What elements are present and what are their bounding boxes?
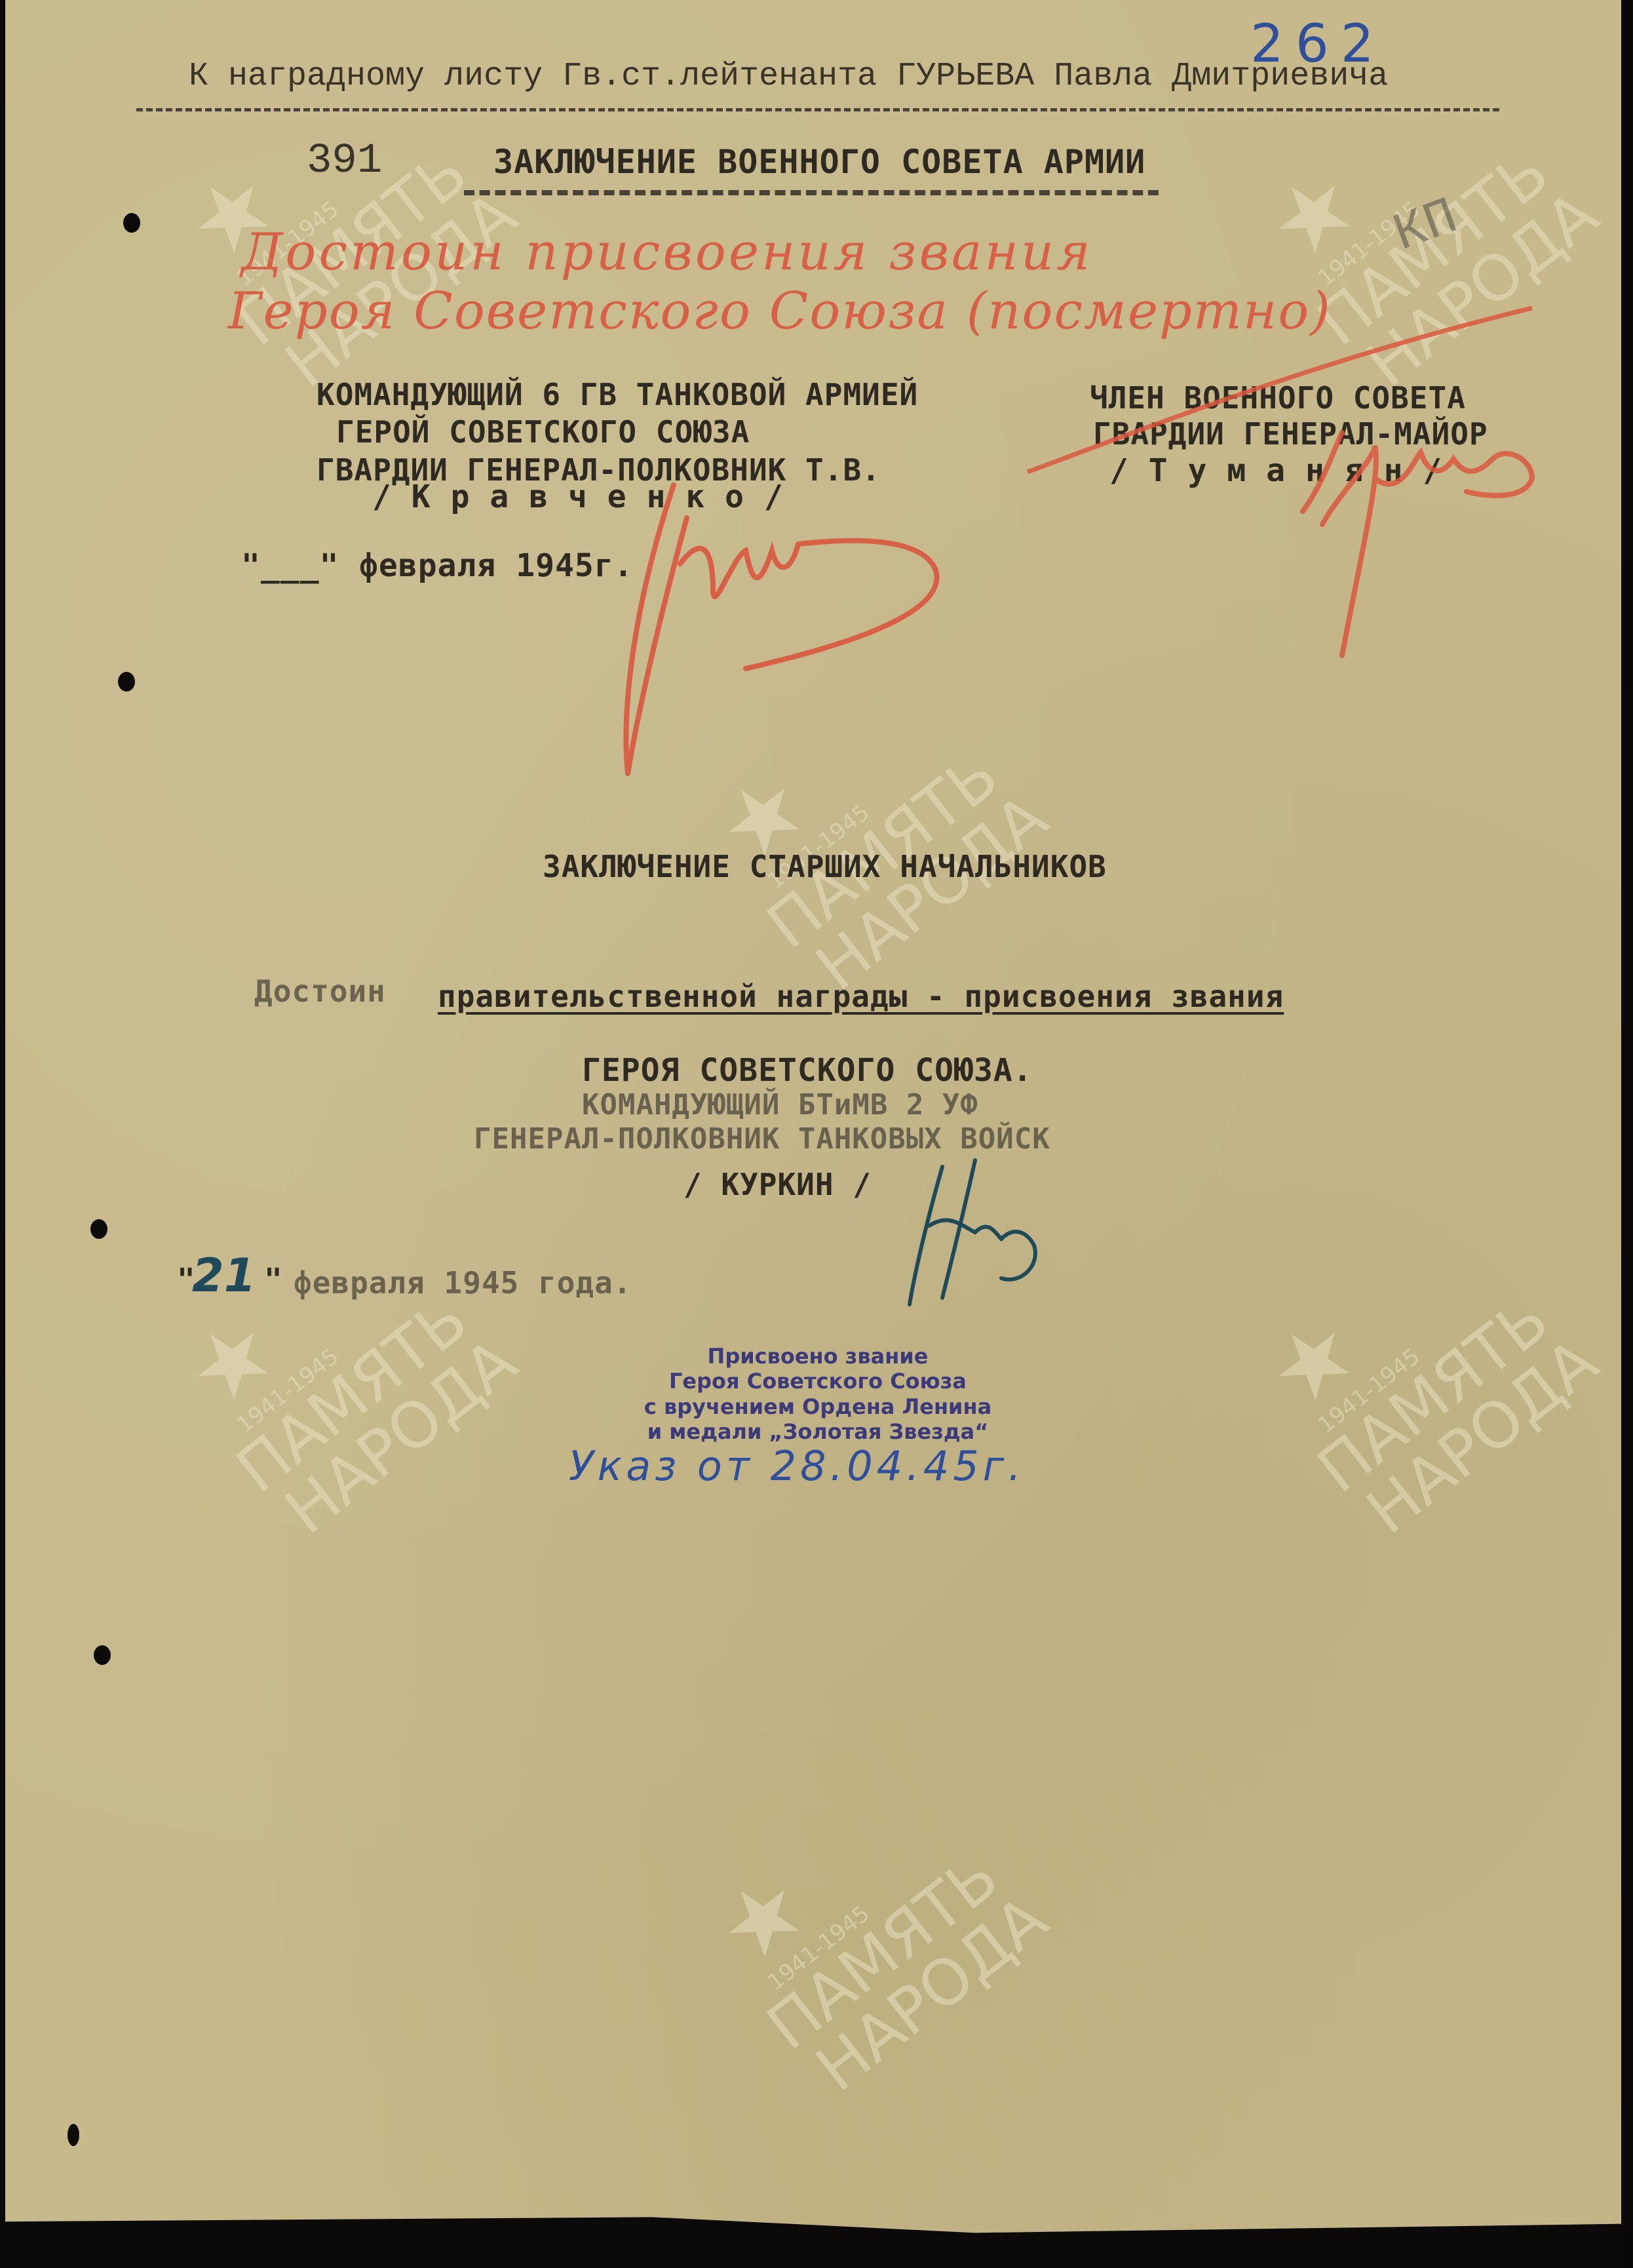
decree-note: Указ от 28.04.45г. (569, 1442, 1025, 1490)
title-underline (464, 190, 1159, 195)
section-title-senior-commanders: ЗАКЛЮЧЕНИЕ СТАРШИХ НАЧАЛЬНИКОВ (543, 849, 1107, 884)
signature-kravchenko (582, 459, 949, 787)
watermark: ★ 1941-1945 ПАМЯТЬ НАРОДА (156, 1189, 527, 1552)
red-resolution-line1: Достоин присвоения звания (241, 223, 1093, 282)
punch-hole (94, 1645, 111, 1665)
scan-border (1624, 0, 1633, 2268)
date2: февраля 1945 года. (294, 1265, 632, 1300)
commander-title: КОМАНДУЮЩИЙ 6 ГВ ТАНКОВОЙ АРМИЕЙ (317, 377, 918, 412)
date2-day: 21 (192, 1249, 256, 1302)
front-commander-title: КОМАНДУЮЩИЙ БТиМВ 2 УФ (582, 1088, 978, 1122)
date1-day: "___" (241, 547, 339, 584)
hero-line: ГЕРОЯ СОВЕТСКОГО СОЮЗА. (582, 1052, 1033, 1089)
punch-hole (67, 2124, 79, 2146)
front-commander-name: / КУРКИН / (683, 1167, 872, 1202)
divider (136, 108, 1499, 111)
front-commander-rank: ГЕНЕРАЛ-ПОЛКОВНИК ТАНКОВЫХ ВОЙСК (474, 1122, 1050, 1156)
award-stamp: Присвоено звание Героя Советского Союза … (615, 1344, 1021, 1445)
date2-close-quote: " (264, 1262, 283, 1297)
watermark: ★ 1941-1945 ПАМЯТЬ НАРОДА (1237, 1189, 1608, 1552)
punch-hole (118, 672, 135, 692)
signature-kurkin (903, 1154, 1073, 1311)
worthy-text: правительственной награды - присвоения з… (438, 979, 1284, 1014)
commander-rank1: ГЕРОЙ СОВЕТСКОГО СОЮЗА (336, 414, 750, 450)
watermark: ★ 1941-1945 ПАМЯТЬ НАРОДА (687, 1746, 1058, 2109)
header-line: К наградному листу Гв.ст.лейтенанта ГУРЬ… (189, 58, 1388, 95)
worthy-label: Достоин (254, 973, 386, 1009)
strike-line (1021, 262, 1545, 479)
document-page: ★ 1941-1945 ПАМЯТЬ НАРОДА ★ 1941-1945 ПА… (5, 0, 1621, 2242)
section-title-military-council: ЗАКЛЮЧЕНИЕ ВОЕННОГО СОВЕТА АРМИИ (493, 143, 1145, 181)
punch-hole (90, 1219, 107, 1239)
punch-hole (123, 213, 140, 233)
sheet-number: 391 (307, 138, 382, 185)
